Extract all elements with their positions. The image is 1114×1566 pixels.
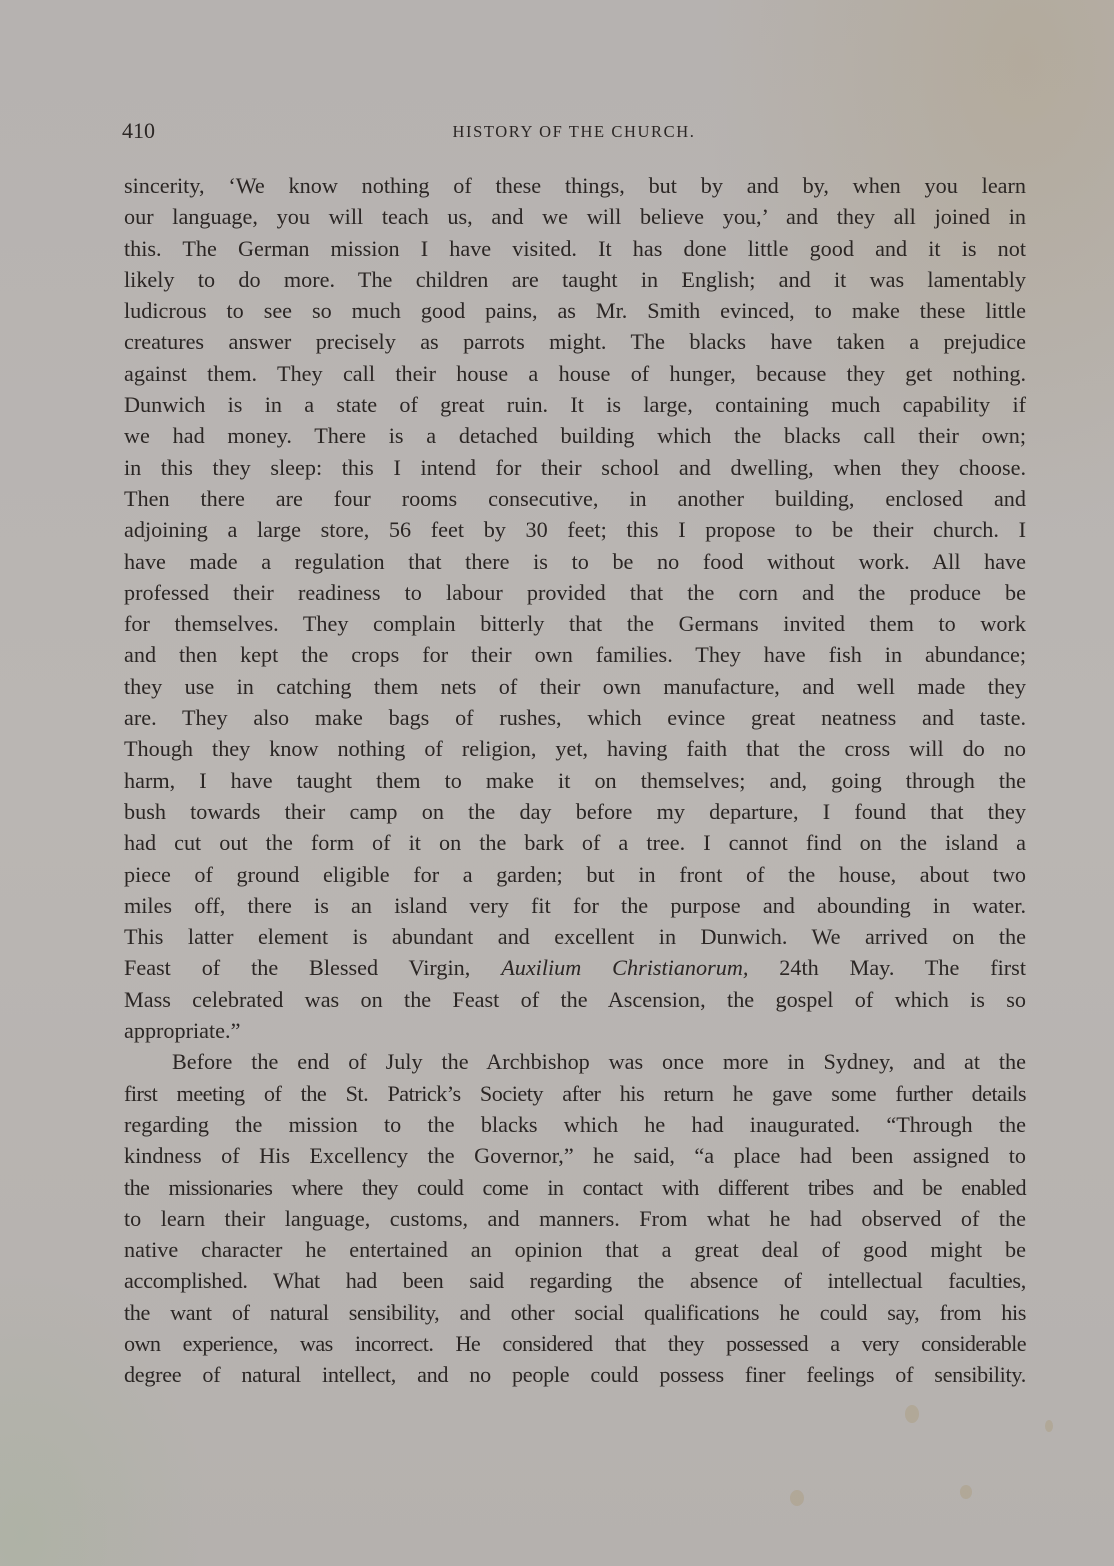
text-line: miles off, there is an island very fit f…	[124, 890, 1026, 921]
book-page: 410 HISTORY OF THE CHURCH. sincerity, ‘W…	[0, 0, 1114, 1566]
text-line: Though they know nothing of religion, ye…	[124, 733, 1026, 764]
text-line: are. They also make bags of rushes, whic…	[124, 702, 1026, 733]
running-head: 410 HISTORY OF THE CHURCH.	[122, 118, 1026, 148]
text-line: ludicrous to see so much good pains, as …	[124, 295, 1026, 326]
text-line: piece of ground eligible for a garden; b…	[124, 859, 1026, 890]
text-line: This latter element is abundant and exce…	[124, 921, 1026, 952]
text-line: we had money. There is a detached buildi…	[124, 420, 1026, 451]
text-line: they use in catching them nets of their …	[124, 671, 1026, 702]
text-line: Dunwich is in a state of great ruin. It …	[124, 389, 1026, 420]
text-line: this. The German mission I have visited.…	[124, 233, 1026, 264]
text-line: had cut out the form of it on the bark o…	[124, 827, 1026, 858]
text-line: sincerity, ‘We know nothing of these thi…	[124, 170, 1026, 201]
text-line: against them. They call their house a ho…	[124, 358, 1026, 389]
paragraph-archbishop-report: Before the end of July the Archbishop wa…	[124, 1046, 1026, 1390]
text-line: creatures answer precisely as parrots mi…	[124, 326, 1026, 357]
text-line: Before the end of July the Archbishop wa…	[124, 1046, 1026, 1077]
text-line: regarding the mission to the blacks whic…	[124, 1109, 1026, 1140]
latin-title: Auxilium Christianorum,	[501, 955, 748, 980]
text-line: degree of natural intellect, and no peop…	[124, 1359, 1026, 1390]
paper-stain	[905, 1405, 919, 1423]
text-line: native character he entertained an opini…	[124, 1234, 1026, 1265]
body-text: sincerity, ‘We know nothing of these thi…	[124, 170, 1026, 1391]
feast-text: Feast of the Blessed Virgin,	[124, 955, 501, 980]
text-line: for themselves. They complain bitterly t…	[124, 608, 1026, 639]
text-line: Then there are four rooms consecutive, i…	[124, 483, 1026, 514]
text-line: adjoining a large store, 56 feet by 30 f…	[124, 514, 1026, 545]
text-line: professed their readiness to labour prov…	[124, 577, 1026, 608]
text-line: bush towards their camp on the day befor…	[124, 796, 1026, 827]
text-line: to learn their language, customs, and ma…	[124, 1203, 1026, 1234]
text-line: harm, I have taught them to make it on t…	[124, 765, 1026, 796]
text-line: in this they sleep: this I intend for th…	[124, 452, 1026, 483]
text-line: and then kept the crops for their own fa…	[124, 639, 1026, 670]
text-line: our language, you will teach us, and we …	[124, 201, 1026, 232]
paper-stain	[960, 1485, 972, 1499]
feast-date: 24th May. The first	[748, 955, 1026, 980]
text-line: own experience, was incorrect. He consid…	[124, 1328, 1026, 1359]
running-title: HISTORY OF THE CHURCH.	[122, 122, 1026, 142]
text-line: the want of natural sensibility, and oth…	[124, 1297, 1026, 1328]
text-line: kindness of His Excellency the Governor,…	[124, 1140, 1026, 1171]
paper-stain	[1045, 1420, 1053, 1432]
text-line: appropriate.”	[124, 1015, 1026, 1046]
text-line: Mass celebrated was on the Feast of the …	[124, 984, 1026, 1015]
text-line: first meeting of the St. Patrick’s Socie…	[124, 1078, 1026, 1109]
paper-stain	[790, 1490, 804, 1506]
text-line: the missionaries where they could come i…	[124, 1172, 1026, 1203]
text-line: likely to do more. The children are taug…	[124, 264, 1026, 295]
text-line: accomplished. What had been said regardi…	[124, 1265, 1026, 1296]
text-line-feast: Feast of the Blessed Virgin, Auxilium Ch…	[124, 952, 1026, 983]
paragraph-letter-quote: sincerity, ‘We know nothing of these thi…	[124, 170, 1026, 1046]
text-line: have made a regulation that there is to …	[124, 546, 1026, 577]
